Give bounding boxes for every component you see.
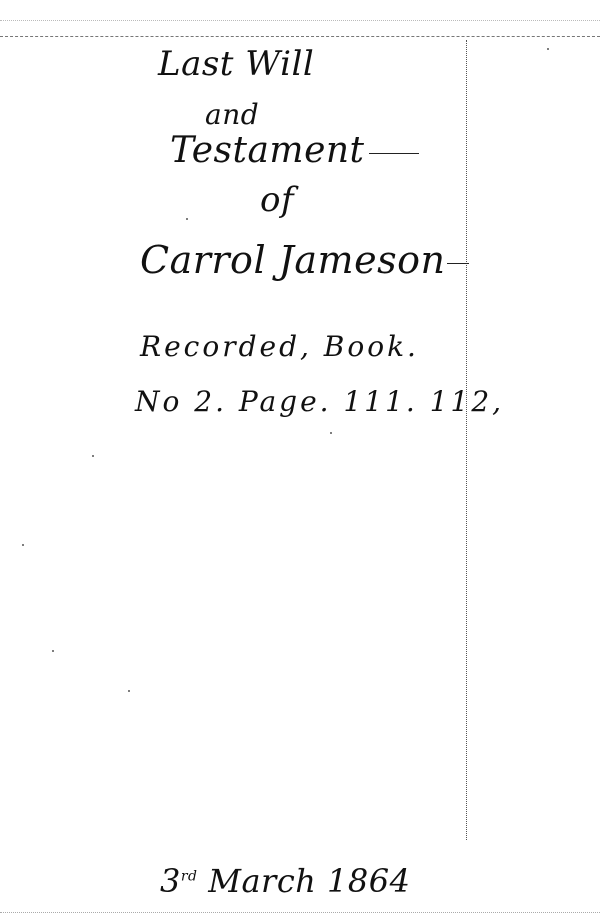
scan-speck xyxy=(330,432,332,434)
title-line-and: and xyxy=(205,98,259,131)
scan-speck xyxy=(52,650,54,652)
date-day: 3 xyxy=(160,862,181,900)
scanned-page: Last Will and Testament of Carrol Jameso… xyxy=(0,0,600,923)
top-dashed-rule xyxy=(0,36,600,37)
title-line-last-will: Last Will xyxy=(158,44,314,84)
scan-speck xyxy=(22,544,24,546)
top-faint-rule xyxy=(0,20,600,21)
margin-dotted-line xyxy=(466,40,467,840)
date-month-year: March 1864 xyxy=(208,862,410,900)
scan-speck xyxy=(186,218,188,220)
recorded-book-line: Recorded, Book. xyxy=(140,330,419,363)
testator-name: Carrol Jameson xyxy=(140,238,469,282)
book-page-reference: No 2. Page. 111. 112, xyxy=(135,385,504,418)
title-line-testament: Testament xyxy=(170,130,419,171)
scan-speck xyxy=(547,48,549,50)
bottom-dotted-rule xyxy=(0,912,600,913)
title-line-of: of xyxy=(260,180,294,220)
date-day-suffix: rd xyxy=(181,868,198,884)
scan-speck xyxy=(128,690,130,692)
scan-speck xyxy=(92,455,94,457)
document-date: 3rd March 1864 xyxy=(160,862,410,900)
